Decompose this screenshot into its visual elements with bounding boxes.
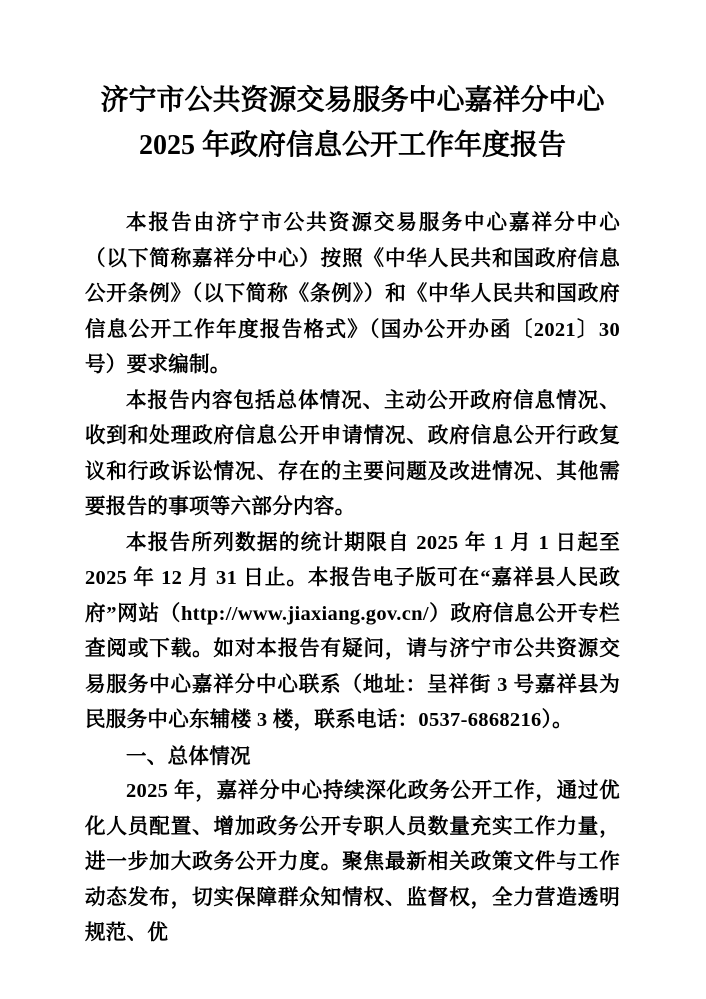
section-heading-overall-situation: 一、总体情况 (85, 739, 620, 775)
paragraph-statistics-period-contact: 本报告所列数据的统计期限自 2025 年 1 月 1 日起至 2025 年 12… (85, 526, 620, 739)
document-title-line1: 济宁市公共资源交易服务中心嘉祥分中心 (85, 78, 620, 123)
document-page: 济宁市公共资源交易服务中心嘉祥分中心 2025 年政府信息公开工作年度报告 本报… (0, 0, 706, 999)
paragraph-compilation-basis: 本报告由济宁市公共资源交易服务中心嘉祥分中心（以下简称嘉祥分中心）按照《中华人民… (85, 206, 620, 384)
paragraph-report-contents: 本报告内容包括总体情况、主动公开政府信息情况、收到和处理政府信息公开申请情况、政… (85, 384, 620, 526)
document-title-line2: 2025 年政府信息公开工作年度报告 (85, 123, 620, 168)
paragraph-overall-situation: 2025 年，嘉祥分中心持续深化政务公开工作，通过优化人员配置、增加政务公开专职… (85, 774, 620, 952)
document-title: 济宁市公共资源交易服务中心嘉祥分中心 2025 年政府信息公开工作年度报告 (85, 78, 620, 168)
